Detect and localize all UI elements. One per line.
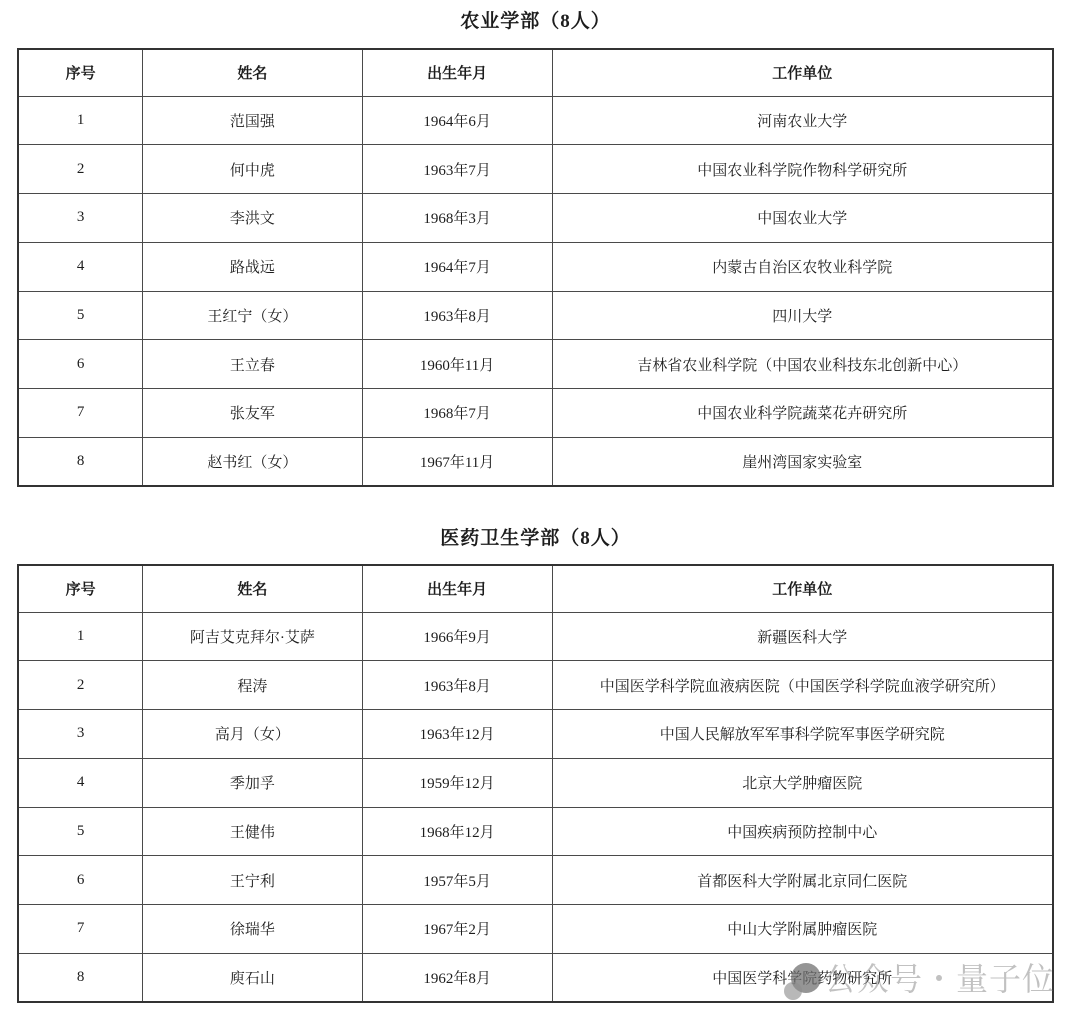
table-row: 7徐瑞华1967年2月中山大学附属肿瘤医院 [18, 905, 1053, 954]
table-cell: 新疆医科大学 [552, 612, 1053, 661]
table-row: 4路战远1964年7月内蒙古自治区农牧业科学院 [18, 242, 1053, 291]
table-cell: 1963年8月 [362, 661, 552, 710]
table-cell: 王健伟 [143, 807, 362, 856]
column-header: 姓名 [143, 49, 362, 96]
table-cell: 徐瑞华 [143, 905, 362, 954]
table-cell: 7 [18, 905, 143, 954]
column-header: 序号 [18, 49, 143, 96]
header-row: 序号姓名出生年月工作单位 [18, 565, 1053, 612]
table-cell: 路战远 [143, 242, 362, 291]
table-cell: 4 [18, 758, 143, 807]
table-cell: 1 [18, 96, 143, 145]
header-row: 序号姓名出生年月工作单位 [18, 49, 1053, 96]
table-cell: 1959年12月 [362, 758, 552, 807]
table-row: 6王宁利1957年5月首都医科大学附属北京同仁医院 [18, 856, 1053, 905]
table-row: 3李洪文1968年3月中国农业大学 [18, 194, 1053, 243]
table-cell: 6 [18, 340, 143, 389]
table-row: 7张友军1968年7月中国农业科学院蔬菜花卉研究所 [18, 389, 1053, 438]
table-cell: 程涛 [143, 661, 362, 710]
table-cell: 崖州湾国家实验室 [552, 437, 1053, 486]
roster-table: 序号姓名出生年月工作单位 1范国强1964年6月河南农业大学2何中虎1963年7… [17, 48, 1054, 487]
table-cell: 1962年8月 [362, 953, 552, 1002]
table-cell: 王红宁（女） [143, 291, 362, 340]
table-cell: 内蒙古自治区农牧业科学院 [552, 242, 1053, 291]
table-cell: 6 [18, 856, 143, 905]
table-cell: 2 [18, 145, 143, 194]
table-cell: 8 [18, 437, 143, 486]
table-cell: 1963年12月 [362, 710, 552, 759]
section-title: 医药卫生学部（8人） [17, 528, 1054, 550]
column-header: 序号 [18, 565, 143, 612]
column-header: 出生年月 [362, 565, 552, 612]
table-cell: 四川大学 [552, 291, 1053, 340]
table-cell: 1964年6月 [362, 96, 552, 145]
section-medical-health: 医药卫生学部（8人） 序号姓名出生年月工作单位 1阿吉艾克拜尔·艾萨1966年9… [17, 528, 1054, 1003]
table-cell: 1957年5月 [362, 856, 552, 905]
table-cell: 中国人民解放军军事科学院军事医学研究院 [552, 710, 1053, 759]
document-page: 农业学部（8人） 序号姓名出生年月工作单位 1范国强1964年6月河南农业大学2… [0, 0, 1080, 1025]
table-row: 4季加孚1959年12月北京大学肿瘤医院 [18, 758, 1053, 807]
column-header: 工作单位 [552, 49, 1053, 96]
table-cell: 季加孚 [143, 758, 362, 807]
table-cell: 河南农业大学 [552, 96, 1053, 145]
table-cell: 王立春 [143, 340, 362, 389]
table-body: 1阿吉艾克拜尔·艾萨1966年9月新疆医科大学2程涛1963年8月中国医学科学院… [18, 612, 1053, 1002]
table-cell: 3 [18, 194, 143, 243]
table-cell: 8 [18, 953, 143, 1002]
table-cell: 1966年9月 [362, 612, 552, 661]
table-cell: 2 [18, 661, 143, 710]
table-row: 5王红宁（女）1963年8月四川大学 [18, 291, 1053, 340]
table-cell: 中国农业科学院作物科学研究所 [552, 145, 1053, 194]
table-row: 1范国强1964年6月河南农业大学 [18, 96, 1053, 145]
table-cell: 3 [18, 710, 143, 759]
table-row: 1阿吉艾克拜尔·艾萨1966年9月新疆医科大学 [18, 612, 1053, 661]
table-cell: 中山大学附属肿瘤医院 [552, 905, 1053, 954]
table-cell: 1 [18, 612, 143, 661]
column-header: 出生年月 [362, 49, 552, 96]
table-cell: 中国医学科学院血液病医院（中国医学科学院血液学研究所） [552, 661, 1053, 710]
section-title: 农业学部（8人） [17, 0, 1054, 33]
table-cell: 何中虎 [143, 145, 362, 194]
table-cell: 首都医科大学附属北京同仁医院 [552, 856, 1053, 905]
table-cell: 1964年7月 [362, 242, 552, 291]
table-cell: 7 [18, 389, 143, 438]
table-cell: 5 [18, 807, 143, 856]
table-cell: 1967年11月 [362, 437, 552, 486]
table-row: 5王健伟1968年12月中国疾病预防控制中心 [18, 807, 1053, 856]
table-cell: 王宁利 [143, 856, 362, 905]
table-cell: 4 [18, 242, 143, 291]
table-cell: 张友军 [143, 389, 362, 438]
table-cell: 庾石山 [143, 953, 362, 1002]
table-cell: 中国医学科学院药物研究所 [552, 953, 1053, 1002]
table-cell: 1963年8月 [362, 291, 552, 340]
table-cell: 5 [18, 291, 143, 340]
table-row: 8庾石山1962年8月中国医学科学院药物研究所 [18, 953, 1053, 1002]
table-row: 8赵书红（女）1967年11月崖州湾国家实验室 [18, 437, 1053, 486]
table-cell: 1968年12月 [362, 807, 552, 856]
table-cell: 1967年2月 [362, 905, 552, 954]
table-row: 2程涛1963年8月中国医学科学院血液病医院（中国医学科学院血液学研究所） [18, 661, 1053, 710]
table-cell: 1963年7月 [362, 145, 552, 194]
table-cell: 范国强 [143, 96, 362, 145]
table-cell: 1968年7月 [362, 389, 552, 438]
column-header: 姓名 [143, 565, 362, 612]
table-cell: 吉林省农业科学院（中国农业科技东北创新中心） [552, 340, 1053, 389]
table-cell: 北京大学肿瘤医院 [552, 758, 1053, 807]
table-cell: 中国农业科学院蔬菜花卉研究所 [552, 389, 1053, 438]
table-row: 3高月（女）1963年12月中国人民解放军军事科学院军事医学研究院 [18, 710, 1053, 759]
column-header: 工作单位 [552, 565, 1053, 612]
table-cell: 1968年3月 [362, 194, 552, 243]
section-agriculture: 农业学部（8人） 序号姓名出生年月工作单位 1范国强1964年6月河南农业大学2… [17, 0, 1054, 487]
table-cell: 赵书红（女） [143, 437, 362, 486]
table-row: 6王立春1960年11月吉林省农业科学院（中国农业科技东北创新中心） [18, 340, 1053, 389]
table-body: 1范国强1964年6月河南农业大学2何中虎1963年7月中国农业科学院作物科学研… [18, 96, 1053, 486]
table-cell: 1960年11月 [362, 340, 552, 389]
table-cell: 高月（女） [143, 710, 362, 759]
table-row: 2何中虎1963年7月中国农业科学院作物科学研究所 [18, 145, 1053, 194]
table-cell: 中国疾病预防控制中心 [552, 807, 1053, 856]
table-cell: 阿吉艾克拜尔·艾萨 [143, 612, 362, 661]
roster-table: 序号姓名出生年月工作单位 1阿吉艾克拜尔·艾萨1966年9月新疆医科大学2程涛1… [17, 564, 1054, 1003]
table-cell: 中国农业大学 [552, 194, 1053, 243]
table-cell: 李洪文 [143, 194, 362, 243]
